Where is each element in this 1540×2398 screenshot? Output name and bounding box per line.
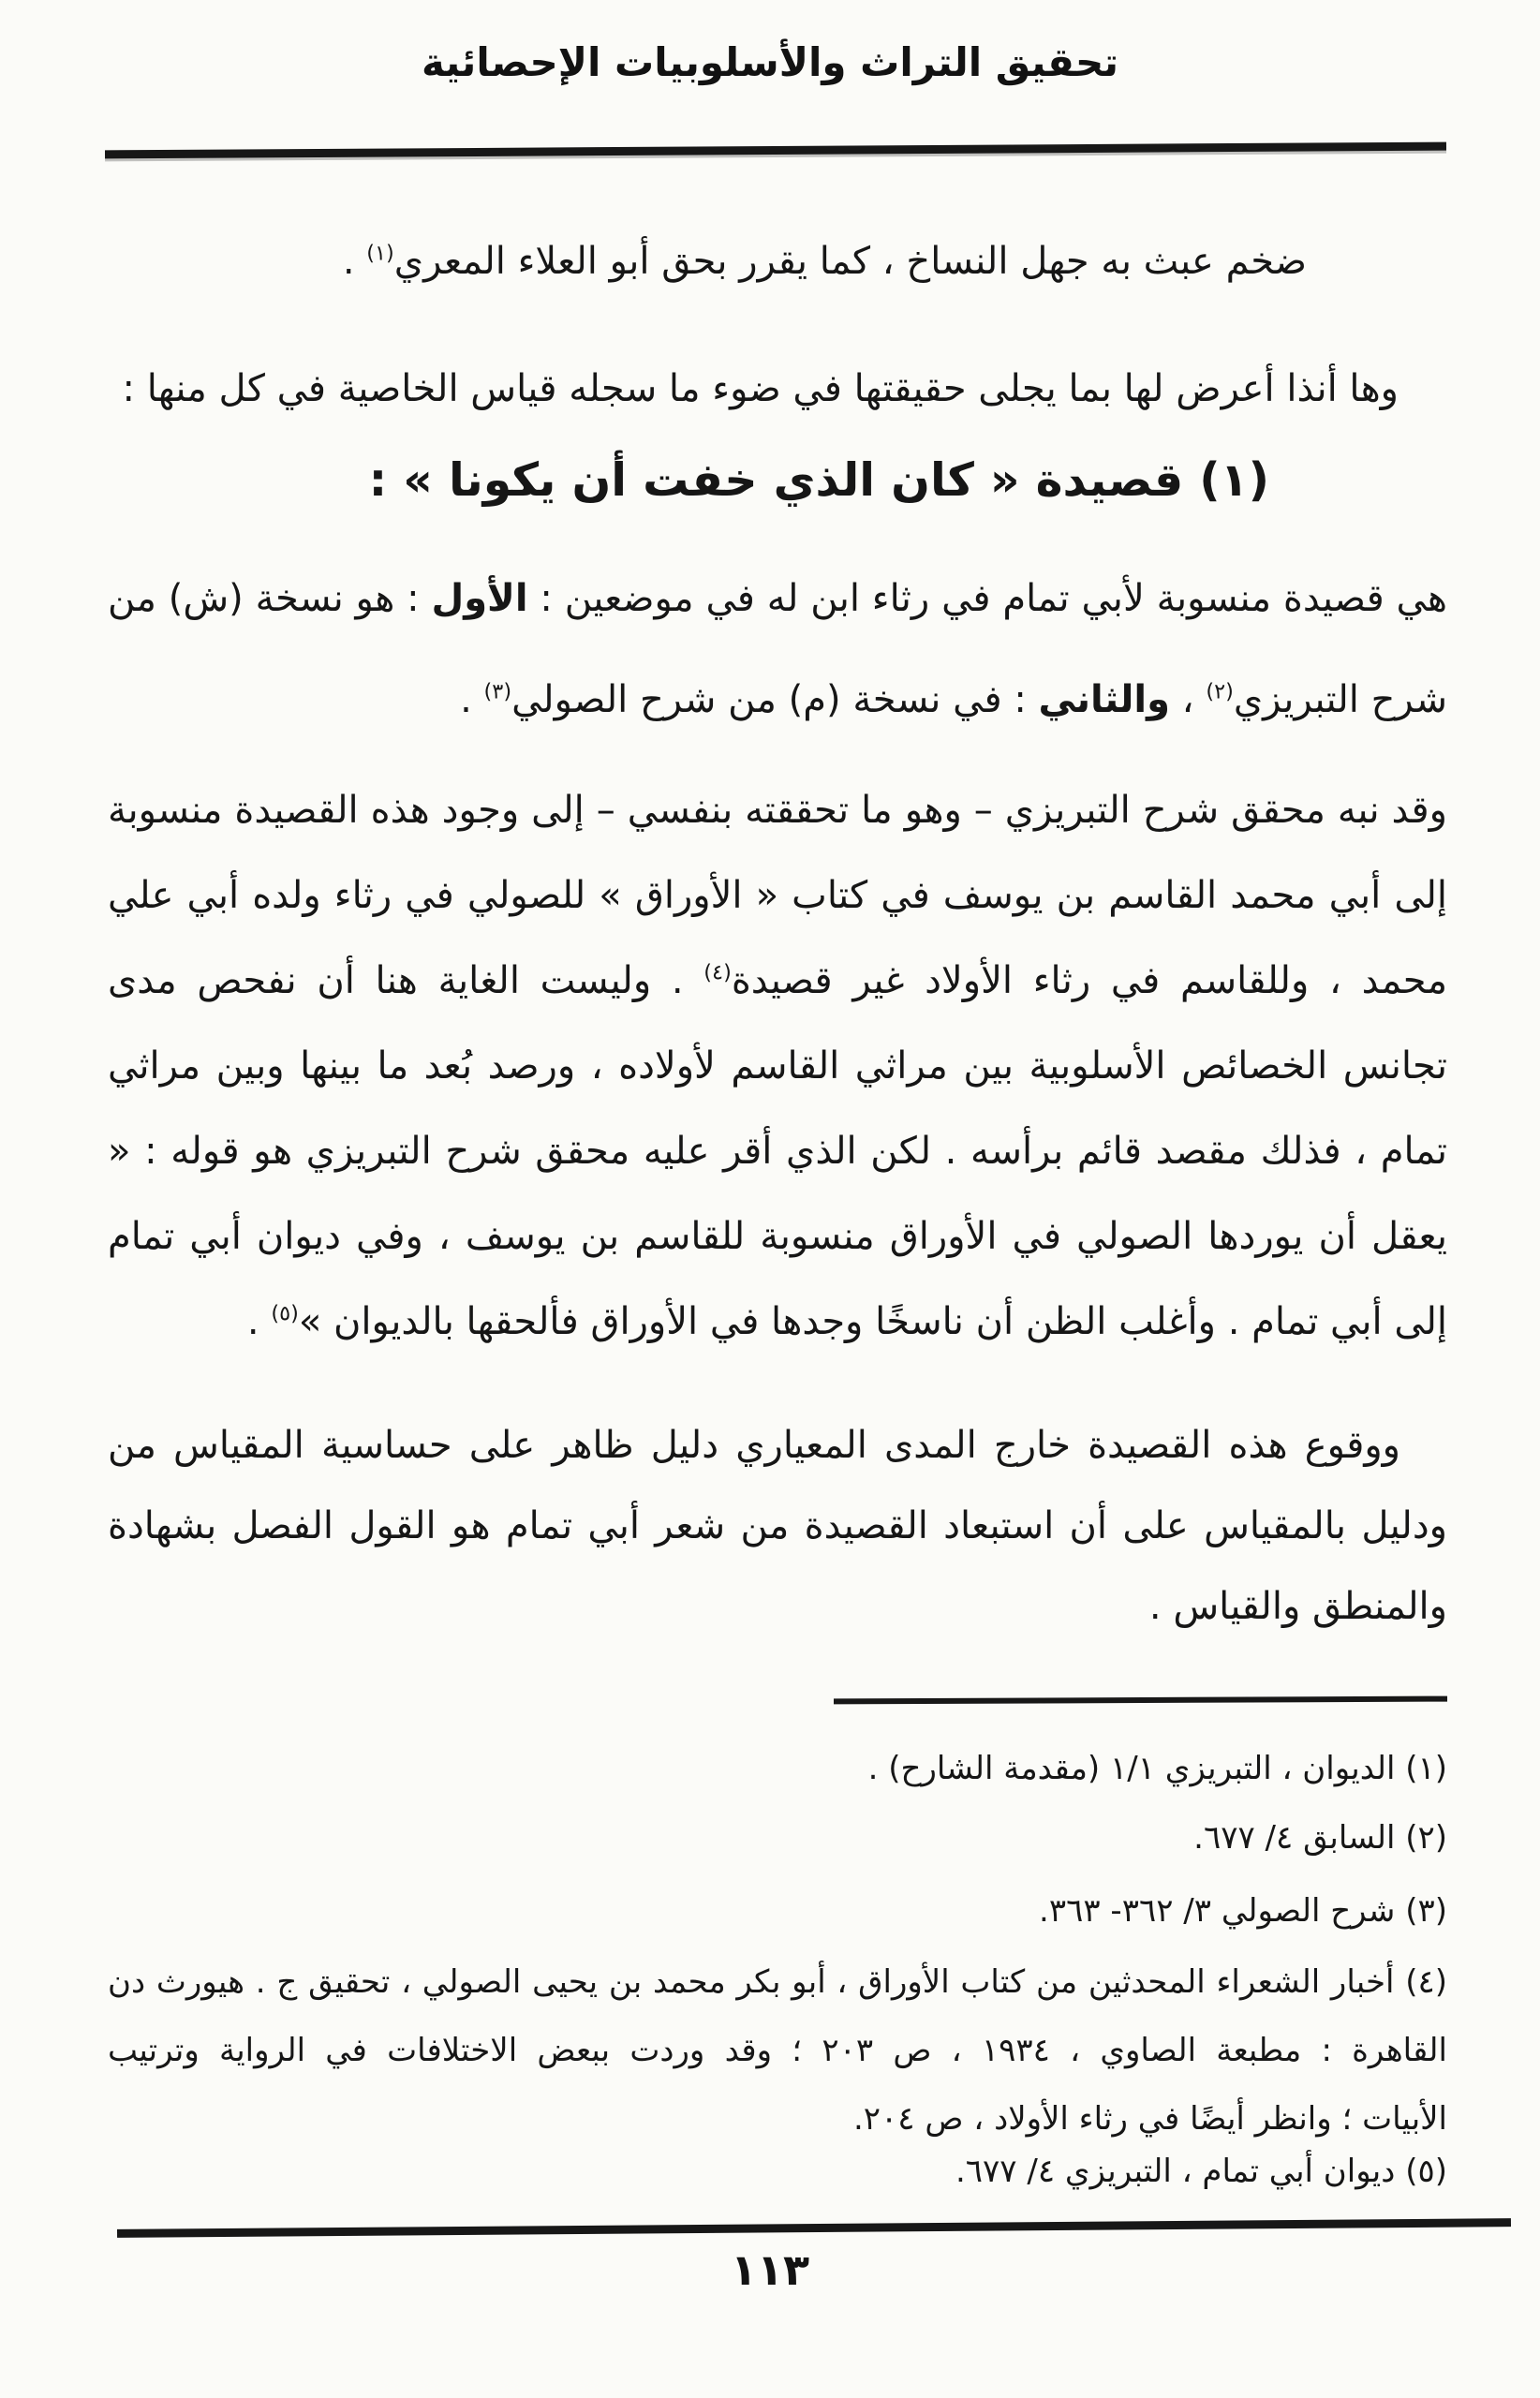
text-run: . وليست الغاية هنا أن نفحص مدى [108,959,703,1002]
section-heading: (١) قصيدة « كان الذي خفت أن يكونا » : [108,429,1447,532]
book-page: تحقيق التراث والأسلوبيات الإحصائية ضخم ع… [0,0,1540,2398]
paragraph-attribution-discussion-line: إلى أبي تمام . وأغلب الظن أن ناسخًا وجده… [108,1280,1447,1365]
footer-rule [117,2218,1511,2238]
text-run: هي قصيدة منسوبة لأبي تمام في رثاء ابن له… [528,577,1447,620]
text-run: الأبيات ؛ وانظر أيضًا في رثاء الأولاد ، … [853,2100,1447,2138]
footnote-3-line: (٣) شرح الصولي ٣/ ٣٦٢- ٣٦٣. [108,1877,1447,1946]
text-run: محمد ، وللقاسم في رثاء الأولاد غير قصيدة [732,959,1447,1002]
text-run: تجانس الخصائص الأسلوبية بين مراثي القاسم… [108,1044,1447,1109]
text-run: : في نسخة (م) من شرح الصولي [511,678,1038,721]
text-run: الأول [431,577,527,620]
footnote-ref-marker: (٢) [1206,680,1234,704]
footnote-1: (١) الديوان ، التبريزي ١/١ (مقدمة الشارح… [108,1735,1447,1803]
paragraph-poem-sources-line: هي قصيدة منسوبة لأبي تمام في رثاء ابن له… [108,548,1447,649]
text-run: . [343,240,366,283]
header-rule [105,142,1446,159]
text-run: تمام ، فذلك مقصد قائم برأسه . لكن الذي أ… [108,1130,1447,1194]
footnote-ref-marker: (١) [366,242,394,266]
paragraph-intro: وها أنذا أعرض لها بما يجلى حقيقتها في ضو… [108,345,1447,434]
text-run: (١) قصيدة « كان الذي خفت أن يكونا » : [369,453,1269,507]
footnote-5-line: (٥) ديوان أبي تمام ، التبريزي ٤/ ٦٧٧. [108,2138,1447,2206]
paragraph-conclusion-line: ووقوع هذه القصيدة خارج المدى المعياري دل… [108,1405,1447,1486]
footnote-ref-marker: (٥) [271,1302,299,1326]
text-run: وقد نبه محقق شرح التبريزي – وهو ما تحققت… [108,789,1447,832]
text-run: . [247,1300,271,1343]
paragraph-attribution-discussion-line: إلى أبي محمد القاسم بن يوسف في كتاب « ال… [108,853,1447,939]
footnote-ref-marker: (٣) [484,680,512,704]
text-run: ضخم عبث به جهل النساخ ، كما يقرر بحق أبو… [394,240,1307,283]
text-run: إلى أبي محمد القاسم بن يوسف في كتاب « ال… [108,874,1447,917]
running-head-title: تحقيق التراث والأسلوبيات الإحصائية [0,39,1540,85]
text-run: . [460,678,483,721]
paragraph-attribution-discussion-line: محمد ، وللقاسم في رثاء الأولاد غير قصيدة… [108,939,1447,1024]
text-run: ووقوع هذه القصيدة خارج المدى المعياري دل… [108,1424,1400,1486]
footnote-1-line: (١) الديوان ، التبريزي ١/١ (مقدمة الشارح… [108,1735,1447,1803]
footnote-5: (٥) ديوان أبي تمام ، التبريزي ٤/ ٦٧٧. [108,2138,1447,2206]
section-heading-line: (١) قصيدة « كان الذي خفت أن يكونا » : [108,429,1447,532]
text-run: إلى أبي تمام . وأغلب الظن أن ناسخًا وجده… [299,1300,1447,1343]
paragraph-conclusion-line: والمنطق والقياس . [108,1566,1447,1647]
paragraph-colophon-continuation-line: ضخم عبث به جهل النساخ ، كما يقرر بحق أبو… [108,217,1447,306]
paragraph-attribution-discussion: وقد نبه محقق شرح التبريزي – وهو ما تحققت… [108,768,1447,1365]
paragraph-poem-sources: هي قصيدة منسوبة لأبي تمام في رثاء ابن له… [108,548,1447,750]
footnote-2: (٢) السابق ٤/ ٦٧٧. [108,1804,1447,1873]
text-run: (٥) ديوان أبي تمام ، التبريزي ٤/ ٦٧٧. [955,2153,1447,2190]
paragraph-poem-sources-line: شرح التبريزي(٢) ، والثاني : في نسخة (م) … [108,649,1447,750]
footnote-4: (٤) أخبار الشعراء المحدثين من كتاب الأور… [108,1948,1447,2154]
paragraph-intro-line: وها أنذا أعرض لها بما يجلى حقيقتها في ضو… [108,345,1447,434]
text-run: (٣) شرح الصولي ٣/ ٣٦٢- ٣٦٣. [1039,1892,1447,1930]
paragraph-conclusion: ووقوع هذه القصيدة خارج المدى المعياري دل… [108,1405,1447,1647]
text-run: (١) الديوان ، التبريزي ١/١ (مقدمة الشارح… [868,1750,1447,1787]
paragraph-attribution-discussion-line: يعقل أن يوردها الصولي في الأوراق منسوبة … [108,1194,1447,1280]
footnote-ref-marker: (٤) [703,961,732,985]
text-run: القاهرة : مطبعة الصاوي ، ١٩٣٤ ، ص ٢٠٣ ؛ … [108,2032,1447,2069]
text-run: يعقل أن يوردها الصولي في الأوراق منسوبة … [108,1215,1447,1280]
text-run: (٤) أخبار الشعراء المحدثين من كتاب الأور… [108,1963,1447,2017]
text-run: شرح التبريزي [1234,678,1447,721]
text-run: والثاني [1039,678,1170,721]
text-run: : هو نسخة (ش) من [108,577,431,620]
footnote-4-line: القاهرة : مطبعة الصاوي ، ١٩٣٤ ، ص ٢٠٣ ؛ … [108,2017,1447,2085]
footnote-separator-rule [834,1696,1447,1705]
text-run: ، [1170,678,1206,721]
paragraph-attribution-discussion-line: تجانس الخصائص الأسلوبية بين مراثي القاسم… [108,1024,1447,1109]
page-number: ١١٣ [0,2244,1540,2295]
text-run: والمنطق والقياس . [1149,1585,1447,1628]
paragraph-conclusion-line: ودليل بالمقياس على أن استبعاد القصيدة من… [108,1486,1447,1566]
paragraph-attribution-discussion-line: تمام ، فذلك مقصد قائم برأسه . لكن الذي أ… [108,1109,1447,1194]
footnote-3: (٣) شرح الصولي ٣/ ٣٦٢- ٣٦٣. [108,1877,1447,1946]
text-run: ودليل بالمقياس على أن استبعاد القصيدة من… [108,1504,1447,1566]
footnote-2-line: (٢) السابق ٤/ ٦٧٧. [108,1804,1447,1873]
text-run: (٢) السابق ٤/ ٦٧٧. [1193,1819,1447,1857]
paragraph-attribution-discussion-line: وقد نبه محقق شرح التبريزي – وهو ما تحققت… [108,768,1447,853]
footnote-4-line: (٤) أخبار الشعراء المحدثين من كتاب الأور… [108,1948,1447,2017]
paragraph-colophon-continuation: ضخم عبث به جهل النساخ ، كما يقرر بحق أبو… [108,217,1447,306]
text-run: وها أنذا أعرض لها بما يجلى حقيقتها في ضو… [123,367,1399,410]
